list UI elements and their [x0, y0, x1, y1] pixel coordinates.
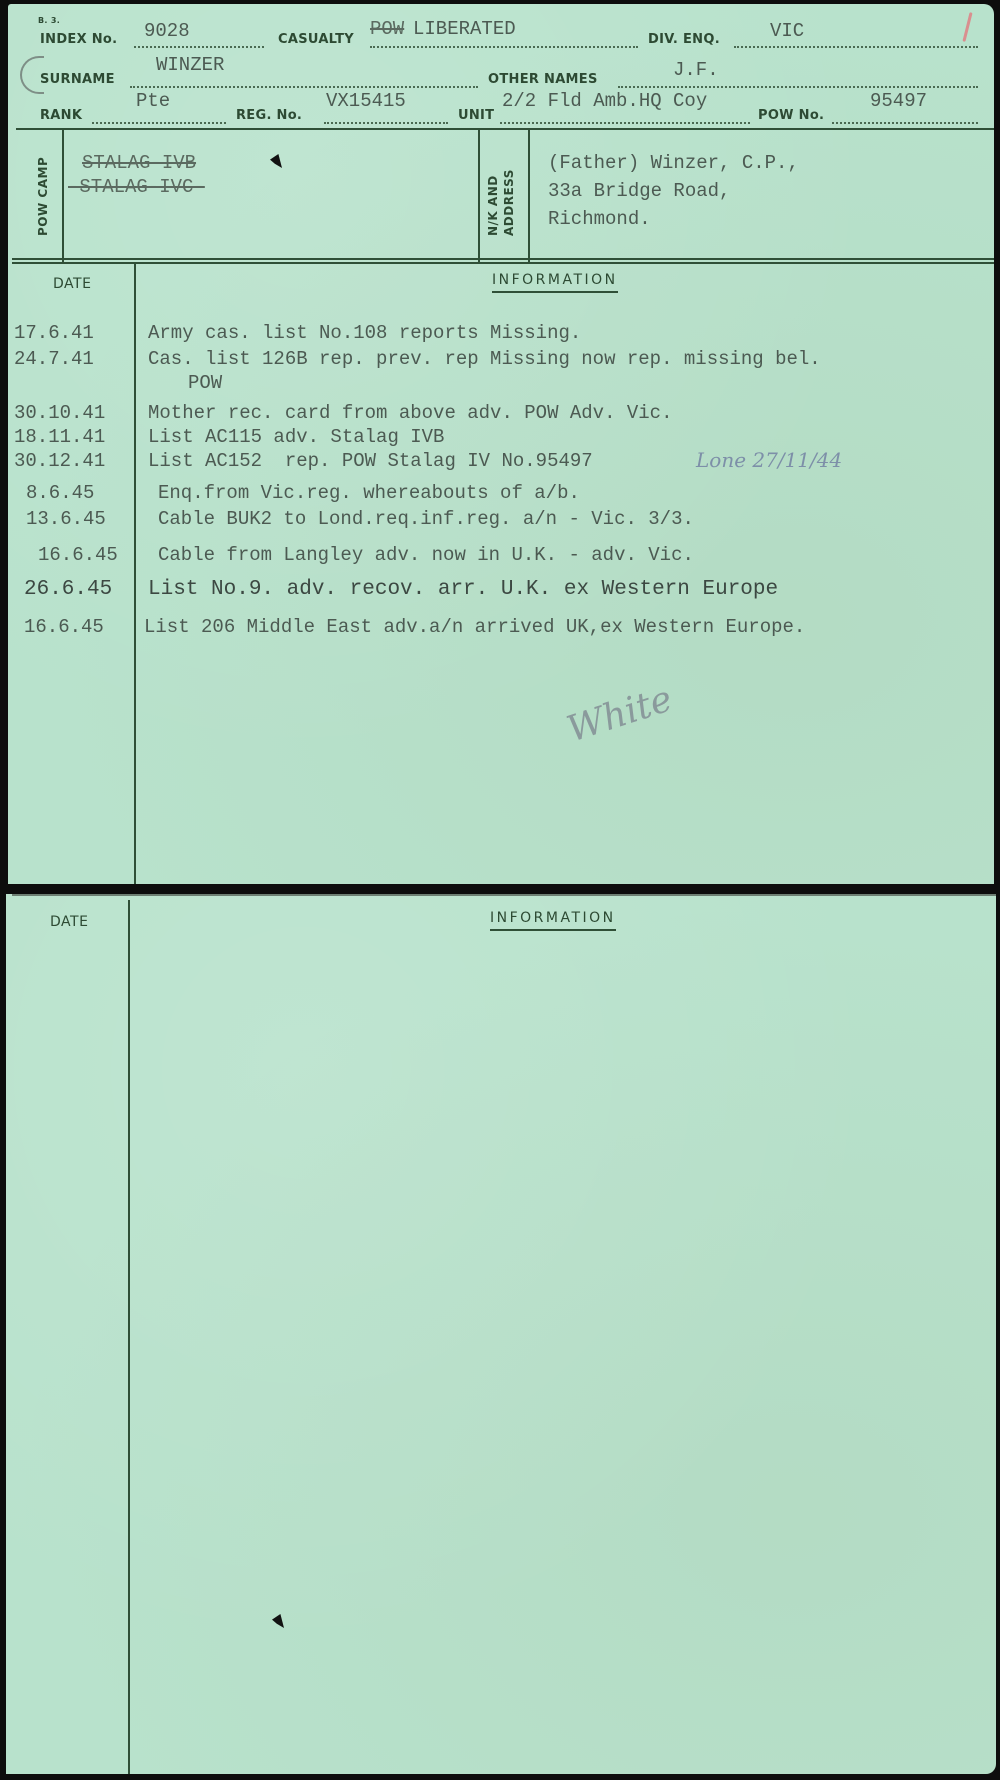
- entry-info: List AC152 rep. POW Stalag IV No.95497: [148, 450, 593, 472]
- pow-no-label: POW No.: [758, 108, 824, 123]
- div-enq-label: DIV. ENQ.: [648, 32, 720, 47]
- date-column-divider: [134, 264, 136, 884]
- nok-divider-right: [528, 128, 530, 262]
- rank-line: [92, 122, 226, 124]
- form-code: B. 3.: [38, 16, 60, 25]
- entry-info: Cas. list 126B rep. prev. rep Missing no…: [148, 348, 821, 370]
- divider-top: [16, 128, 994, 130]
- entry-date: 30.10.41: [14, 402, 105, 424]
- casualty-label: CASUALTY: [278, 32, 354, 47]
- casualty-line: [370, 46, 638, 48]
- nok-line-3: Richmond.: [548, 208, 651, 230]
- reg-no-label: REG. No.: [236, 108, 302, 123]
- entry-info: List No.9. adv. recov. arr. U.K. ex West…: [148, 578, 778, 601]
- entry-date: 30.12.41: [14, 450, 105, 472]
- entry-info: List AC115 adv. Stalag IVB: [148, 426, 444, 448]
- pow-camp-1: STALAG-IVB: [82, 152, 196, 174]
- reg-no-line: [324, 122, 448, 124]
- back-punch-hole: [272, 1614, 284, 1628]
- punch-hole: [270, 154, 282, 168]
- entry-date: 8.6.45: [26, 482, 94, 504]
- date-column-header: DATE: [53, 276, 91, 292]
- pow-no-line: [832, 122, 978, 124]
- casualty-struck-value: POW: [370, 18, 404, 40]
- unit-label: UNIT: [458, 108, 494, 123]
- nok-label-2: ADDRESS: [502, 169, 516, 236]
- entry-info: Cable BUK2 to Lond.req.inf.reg. a/n - Vi…: [158, 508, 694, 530]
- entry-date: 13.6.45: [26, 508, 106, 530]
- pow-camp-label: POW CAMP: [36, 157, 50, 236]
- record-card-front: B. 3. INDEX No. 9028 CASUALTY POW LIBERA…: [8, 4, 994, 884]
- pow-camp-divider: [62, 128, 64, 262]
- entry-info: Cable from Langley adv. now in U.K. - ad…: [158, 544, 694, 566]
- entry-info: Mother rec. card from above adv. POW Adv…: [148, 402, 673, 424]
- index-no-label: INDEX No.: [40, 32, 117, 47]
- entry-info: Army cas. list No.108 reports Missing.: [148, 322, 581, 344]
- nok-line-2: 33a Bridge Road,: [548, 180, 730, 202]
- entry-date: 18.11.41: [14, 426, 105, 448]
- nok-label-1: N/K AND: [486, 175, 500, 236]
- red-pencil-mark: [962, 12, 972, 42]
- index-no-line: [134, 46, 264, 48]
- information-column-header: INFORMATION: [492, 272, 618, 293]
- other-names-value: J.F.: [673, 59, 719, 81]
- unit-value: 2/2 Fld Amb.HQ Coy: [502, 90, 707, 112]
- casualty-value: LIBERATED: [413, 18, 516, 40]
- entry-info: List 206 Middle East adv.a/n arrived UK,…: [144, 616, 805, 638]
- other-names-label: OTHER NAMES: [488, 72, 598, 87]
- pow-camp-2: -STALAG-IVC-: [68, 176, 205, 198]
- surname-label: SURNAME: [40, 72, 115, 87]
- index-no-value: 9028: [144, 20, 190, 42]
- nok-line-1: (Father) Winzer, C.P.,: [548, 152, 799, 174]
- surname-line: [130, 86, 478, 88]
- rank-value: Pte: [136, 90, 170, 112]
- div-enq-value: VIC: [770, 20, 804, 42]
- surname-value: WINZER: [156, 54, 224, 76]
- rank-label: RANK: [40, 108, 82, 123]
- back-date-column-header: DATE: [50, 914, 88, 930]
- divider-mid-1: [12, 258, 994, 260]
- entry-date: 26.6.45: [24, 578, 112, 601]
- other-names-line: [618, 86, 978, 88]
- back-date-column-divider: [128, 900, 130, 1774]
- unit-line: [500, 122, 750, 124]
- entry-date: 16.6.45: [38, 544, 118, 566]
- back-information-column-header: INFORMATION: [490, 910, 616, 931]
- entry-info: Enq.from Vic.reg. whereabouts of a/b.: [158, 482, 580, 504]
- divider-mid-2: [12, 262, 994, 264]
- back-top-edge: [12, 894, 996, 896]
- div-enq-line: [734, 46, 978, 48]
- pow-no-value: 95497: [870, 90, 927, 112]
- nok-divider-left: [478, 128, 480, 262]
- reg-no-value: VX15415: [326, 90, 406, 112]
- record-card-back: DATE INFORMATION: [6, 894, 996, 1774]
- pencil-annotation: Lone 27/11/44: [696, 448, 842, 472]
- entry-date: 16.6.45: [24, 616, 104, 638]
- entry-info-continuation: POW: [188, 372, 222, 394]
- entry-date: 17.6.41: [14, 322, 94, 344]
- handwritten-signature: White: [562, 678, 677, 750]
- entry-date: 24.7.41: [14, 348, 94, 370]
